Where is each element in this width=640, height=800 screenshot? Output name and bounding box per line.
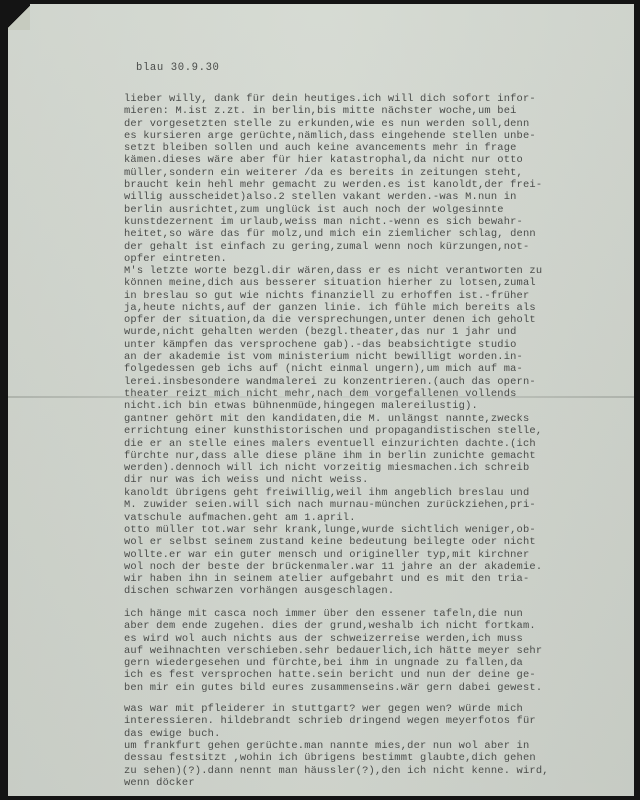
text-line: wol noch der beste der brückenmaler.war … (124, 561, 542, 573)
text-line: ja,heute nichts,auf der ganzen linie. ic… (124, 302, 542, 314)
text-line: dir nur was ich weiss und nicht weiss. (124, 474, 542, 486)
letter-paragraph: lieber willy, dank für dein heutiges.ich… (124, 93, 542, 265)
letter-paragraph: kanoldt übrigens geht freiwillig,weil ih… (124, 487, 536, 524)
text-line: wenn döcker (124, 777, 549, 789)
letter-paragraph: otto müller tot.war sehr krank,lunge,wur… (124, 524, 542, 598)
text-line: folgedessen geb ichs auf (nicht einmal u… (124, 363, 542, 375)
text-line: opfer eintreten. (124, 253, 542, 265)
text-line: berlin ausrichtet,zum unglück ist auch n… (124, 204, 542, 216)
text-line: gern wiedergesehen und fürchte,bei ihm i… (124, 657, 542, 669)
text-line: wir haben ihn in seinem atelier aufgebah… (124, 573, 542, 585)
text-line: unter kämpfen das versprochene gab).-das… (124, 339, 542, 351)
text-line: heitet,so wäre das für molz,und mich ein… (124, 228, 542, 240)
text-line: die er an stelle eines malers eventuell … (124, 438, 542, 450)
text-line: interessieren. hildebrandt schrieb dring… (124, 715, 536, 727)
text-line: es kursieren arge gerüchte,nämlich,dass … (124, 130, 542, 142)
text-line: gantner gehört mit den kandidaten,die M.… (124, 413, 542, 425)
text-line: auf weihnachten verschieben.sehr bedauer… (124, 645, 542, 657)
text-line: an der akademie ist vom ministerium nich… (124, 351, 542, 363)
text-line: lerei.insbesondere wandmalerei zu konzen… (124, 376, 542, 388)
letter-paragraph: um frankfurt gehen gerüchte.man nannte m… (124, 740, 549, 789)
letter-paragraph: M's letzte worte bezgl.dir wären,dass er… (124, 265, 542, 413)
text-line: dessau festsitzt ,wohin ich übrigens bes… (124, 752, 549, 764)
text-line: otto müller tot.war sehr krank,lunge,wur… (124, 524, 542, 536)
text-line: M's letzte worte bezgl.dir wären,dass er… (124, 265, 542, 277)
scanned-page: blau 30.9.30 lieber willy, dank für dein… (0, 0, 640, 800)
text-line: wol er selbst seinem zustand keine bedeu… (124, 536, 542, 548)
text-line: was war mit pfleiderer in stuttgart? wer… (124, 703, 536, 715)
text-line: fürchte nur,dass alle diese pläne ihm in… (124, 450, 542, 462)
text-line: kämen.dieses wäre aber für hier katastro… (124, 154, 542, 166)
text-line: lieber willy, dank für dein heutiges.ich… (124, 93, 542, 105)
text-line: der vorgesetzten stelle zu erkunden,wie … (124, 118, 542, 130)
text-line: müller,sondern ein weiterer /da es berei… (124, 167, 542, 179)
text-line: nicht.ich bin etwas bühnenmüde,hingegen … (124, 400, 542, 412)
text-line: ich es fest versprochen hatte.sein beric… (124, 669, 542, 681)
text-line: kunstdezernent im urlaub,weiss man nicht… (124, 216, 542, 228)
letter-paragraph: gantner gehört mit den kandidaten,die M.… (124, 413, 542, 487)
text-line: kanoldt übrigens geht freiwillig,weil ih… (124, 487, 536, 499)
text-line: ben mir ein gutes bild eures zusammensei… (124, 682, 542, 694)
letter-paragraph: ich hänge mit casca noch immer über den … (124, 608, 542, 694)
text-line: in breslau so gut wie nichts finanziell … (124, 290, 542, 302)
text-line: aber dem ende zugehen. dies der grund,we… (124, 620, 542, 632)
text-line: errichtung einer kunsthistorischen und p… (124, 425, 542, 437)
text-line: werden).dennoch will ich nicht vorzeitig… (124, 462, 542, 474)
text-line: das ewige buch. (124, 728, 536, 740)
text-line: wurde,nicht gehalten werden (bezgl.theat… (124, 326, 542, 338)
text-line: braucht kein hehl mehr gemacht zu werden… (124, 179, 542, 191)
letter-dateline: blau 30.9.30 (136, 62, 220, 74)
text-line: theater reizt mich nicht mehr,nach dem v… (124, 388, 542, 400)
text-line: opfer der situation,da die versprechunge… (124, 314, 542, 326)
folded-corner (8, 4, 30, 30)
text-line: mieren: M.ist z.zt. in berlin,bis mitte … (124, 105, 542, 117)
text-line: willig ausscheidet)also.2 stellen vakant… (124, 191, 542, 203)
text-line: vatschule aufmachen.geht am 1.april. (124, 512, 536, 524)
text-line: um frankfurt gehen gerüchte.man nannte m… (124, 740, 549, 752)
text-line: ich hänge mit casca noch immer über den … (124, 608, 542, 620)
text-line: dischen schwarzen vorhängen ausgeschlage… (124, 585, 542, 597)
text-line: es wird wol auch nichts aus der schweize… (124, 633, 542, 645)
text-line: wollte.er war ein guter mensch und origi… (124, 549, 542, 561)
text-line: können meine,dich aus besserer situation… (124, 277, 542, 289)
letter-paragraph: was war mit pfleiderer in stuttgart? wer… (124, 703, 536, 740)
text-line: der gehalt ist einfach zu gering,zumal w… (124, 241, 542, 253)
text-line: M. zuwider seien.will sich nach murnau-m… (124, 499, 536, 511)
text-line: setzt bleiben sollen und auch keine avan… (124, 142, 542, 154)
text-line: zu sehen)(?).dann nennt man häussler(?),… (124, 765, 549, 777)
